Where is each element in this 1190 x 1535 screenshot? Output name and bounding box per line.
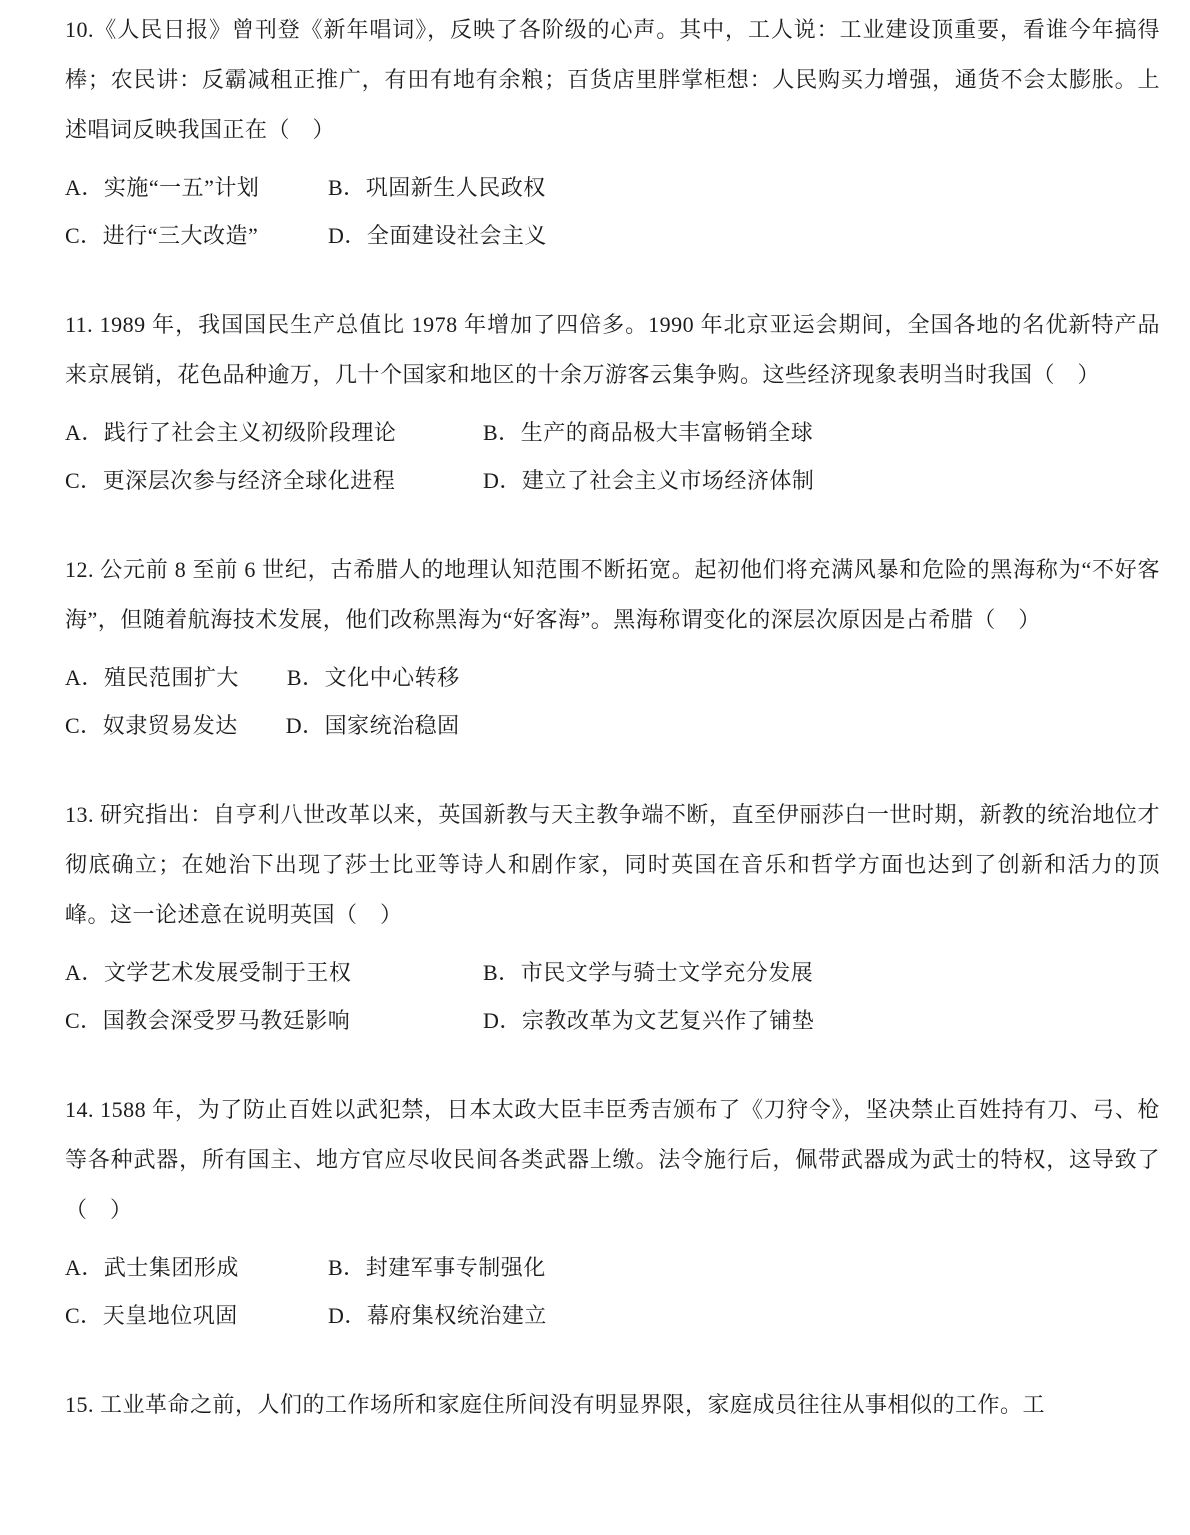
question-block-15: 15. 工业革命之前，人们的工作场所和家庭住所间没有明显界限，家庭成员往往从事相… (65, 1380, 1160, 1430)
option: B．巩固新生人民政权 (328, 164, 546, 212)
option: D．全面建设社会主义 (328, 212, 547, 260)
option-text: 市民文学与骑士文学充分发展 (521, 960, 814, 985)
question-block-13: 13. 研究指出：自亨利八世改革以来，英国新教与天主教争端不断，直至伊丽莎白一世… (65, 790, 1160, 1045)
option-label: A． (65, 1255, 104, 1280)
option: B．生产的商品极大丰富畅销全球 (483, 409, 813, 457)
option-row: C．国教会深受罗马教廷影响 D．宗教改革为文艺复兴作了铺垫 (65, 997, 1160, 1045)
option-label: A． (65, 175, 104, 200)
option-label: C． (65, 713, 103, 738)
option-text: 幕府集权统治建立 (367, 1303, 547, 1328)
question-stem: 10.《人民日报》曾刊登《新年唱词》，反映了各阶级的心声。其中，工人说：工业建设… (65, 5, 1160, 155)
option-label: D． (483, 1008, 522, 1033)
question-block-12: 12. 公元前 8 至前 6 世纪，古希腊人的地理认知范围不断拓宽。起初他们将充… (65, 545, 1160, 750)
question-block-10: 10.《人民日报》曾刊登《新年唱词》，反映了各阶级的心声。其中，工人说：工业建设… (65, 5, 1160, 260)
option: A．文学艺术发展受制于王权 (65, 949, 435, 997)
option: A．殖民范围扩大 (65, 654, 239, 702)
option-label: A． (65, 420, 104, 445)
option-row: A．殖民范围扩大 B．文化中心转移 (65, 654, 1160, 702)
option-label: A． (65, 960, 104, 985)
question-stem: 11. 1989 年，我国国民生产总值比 1978 年增加了四倍多。1990 年… (65, 300, 1160, 400)
option-label: C． (65, 468, 103, 493)
option-text: 文化中心转移 (325, 665, 460, 690)
option-label: D． (286, 713, 325, 738)
option-text: 封建军事专制强化 (366, 1255, 546, 1280)
options-group: A．实施“一五”计划 B．巩固新生人民政权 C．进行“三大改造” D．全面建设社… (65, 164, 1160, 260)
option: D．建立了社会主义市场经济体制 (483, 457, 814, 505)
option-text: 巩固新生人民政权 (366, 175, 546, 200)
options-group: A．践行了社会主义初级阶段理论 B．生产的商品极大丰富畅销全球 C．更深层次参与… (65, 409, 1160, 505)
option-label: A． (65, 665, 104, 690)
option-text: 文学艺术发展受制于王权 (104, 960, 352, 985)
option: B．文化中心转移 (287, 654, 460, 702)
option-text: 国教会深受罗马教廷影响 (103, 1008, 351, 1033)
option-label: B． (328, 175, 366, 200)
options-group: A．文学艺术发展受制于王权 B．市民文学与骑士文学充分发展 C．国教会深受罗马教… (65, 949, 1160, 1045)
option: D．幕府集权统治建立 (328, 1292, 547, 1340)
option-label: B． (328, 1255, 366, 1280)
option-row: C．天皇地位巩固 D．幕府集权统治建立 (65, 1292, 1160, 1340)
option-label: C． (65, 1008, 103, 1033)
option: B．封建军事专制强化 (328, 1244, 546, 1292)
option-label: D． (328, 1303, 367, 1328)
options-group: A．武士集团形成 B．封建军事专制强化 C．天皇地位巩固 D．幕府集权统治建立 (65, 1244, 1160, 1340)
option-text: 国家统治稳固 (325, 713, 460, 738)
option-text: 武士集团形成 (104, 1255, 239, 1280)
option-text: 践行了社会主义初级阶段理论 (104, 420, 397, 445)
option-text: 更深层次参与经济全球化进程 (103, 468, 396, 493)
option: C．国教会深受罗马教廷影响 (65, 997, 435, 1045)
option: D．国家统治稳固 (286, 702, 460, 750)
option: C．更深层次参与经济全球化进程 (65, 457, 435, 505)
option: A．实施“一五”计划 (65, 164, 280, 212)
option-row: A．文学艺术发展受制于王权 B．市民文学与骑士文学充分发展 (65, 949, 1160, 997)
document-page: 10.《人民日报》曾刊登《新年唱词》，反映了各阶级的心声。其中，工人说：工业建设… (0, 0, 1190, 1535)
option-text: 天皇地位巩固 (103, 1303, 238, 1328)
option-text: 殖民范围扩大 (104, 665, 239, 690)
question-block-11: 11. 1989 年，我国国民生产总值比 1978 年增加了四倍多。1990 年… (65, 300, 1160, 505)
option-text: 宗教改革为文艺复兴作了铺垫 (522, 1008, 815, 1033)
option-text: 建立了社会主义市场经济体制 (522, 468, 815, 493)
question-list: 10.《人民日报》曾刊登《新年唱词》，反映了各阶级的心声。其中，工人说：工业建设… (65, 5, 1160, 1430)
question-stem: 12. 公元前 8 至前 6 世纪，古希腊人的地理认知范围不断拓宽。起初他们将充… (65, 545, 1160, 645)
option-label: C． (65, 1303, 103, 1328)
option: D．宗教改革为文艺复兴作了铺垫 (483, 997, 814, 1045)
option: B．市民文学与骑士文学充分发展 (483, 949, 813, 997)
option: A．践行了社会主义初级阶段理论 (65, 409, 435, 457)
option-text: 奴隶贸易发达 (103, 713, 238, 738)
option-row: C．更深层次参与经济全球化进程 D．建立了社会主义市场经济体制 (65, 457, 1160, 505)
option-label: B． (287, 665, 325, 690)
option-row: C．进行“三大改造” D．全面建设社会主义 (65, 212, 1160, 260)
option-label: D． (328, 223, 367, 248)
option-label: D． (483, 468, 522, 493)
option-label: B． (483, 960, 521, 985)
options-group: A．殖民范围扩大 B．文化中心转移 C．奴隶贸易发达 D．国家统治稳固 (65, 654, 1160, 750)
option-text: 全面建设社会主义 (367, 223, 547, 248)
question-stem: 15. 工业革命之前，人们的工作场所和家庭住所间没有明显界限，家庭成员往往从事相… (65, 1380, 1160, 1430)
option: C．进行“三大改造” (65, 212, 280, 260)
option-row: A．武士集团形成 B．封建军事专制强化 (65, 1244, 1160, 1292)
option-row: A．践行了社会主义初级阶段理论 B．生产的商品极大丰富畅销全球 (65, 409, 1160, 457)
option-row: A．实施“一五”计划 B．巩固新生人民政权 (65, 164, 1160, 212)
option-text: 进行“三大改造” (103, 223, 259, 248)
question-stem: 13. 研究指出：自亨利八世改革以来，英国新教与天主教争端不断，直至伊丽莎白一世… (65, 790, 1160, 940)
option-text: 实施“一五”计划 (104, 175, 260, 200)
question-stem: 14. 1588 年，为了防止百姓以武犯禁，日本太政大臣丰臣秀吉颁布了《刀狩令》… (65, 1085, 1160, 1235)
option: A．武士集团形成 (65, 1244, 280, 1292)
option-text: 生产的商品极大丰富畅销全球 (521, 420, 814, 445)
option: C．奴隶贸易发达 (65, 702, 238, 750)
option-label: B． (483, 420, 521, 445)
option-label: C． (65, 223, 103, 248)
question-block-14: 14. 1588 年，为了防止百姓以武犯禁，日本太政大臣丰臣秀吉颁布了《刀狩令》… (65, 1085, 1160, 1340)
option-row: C．奴隶贸易发达 D．国家统治稳固 (65, 702, 1160, 750)
option: C．天皇地位巩固 (65, 1292, 280, 1340)
